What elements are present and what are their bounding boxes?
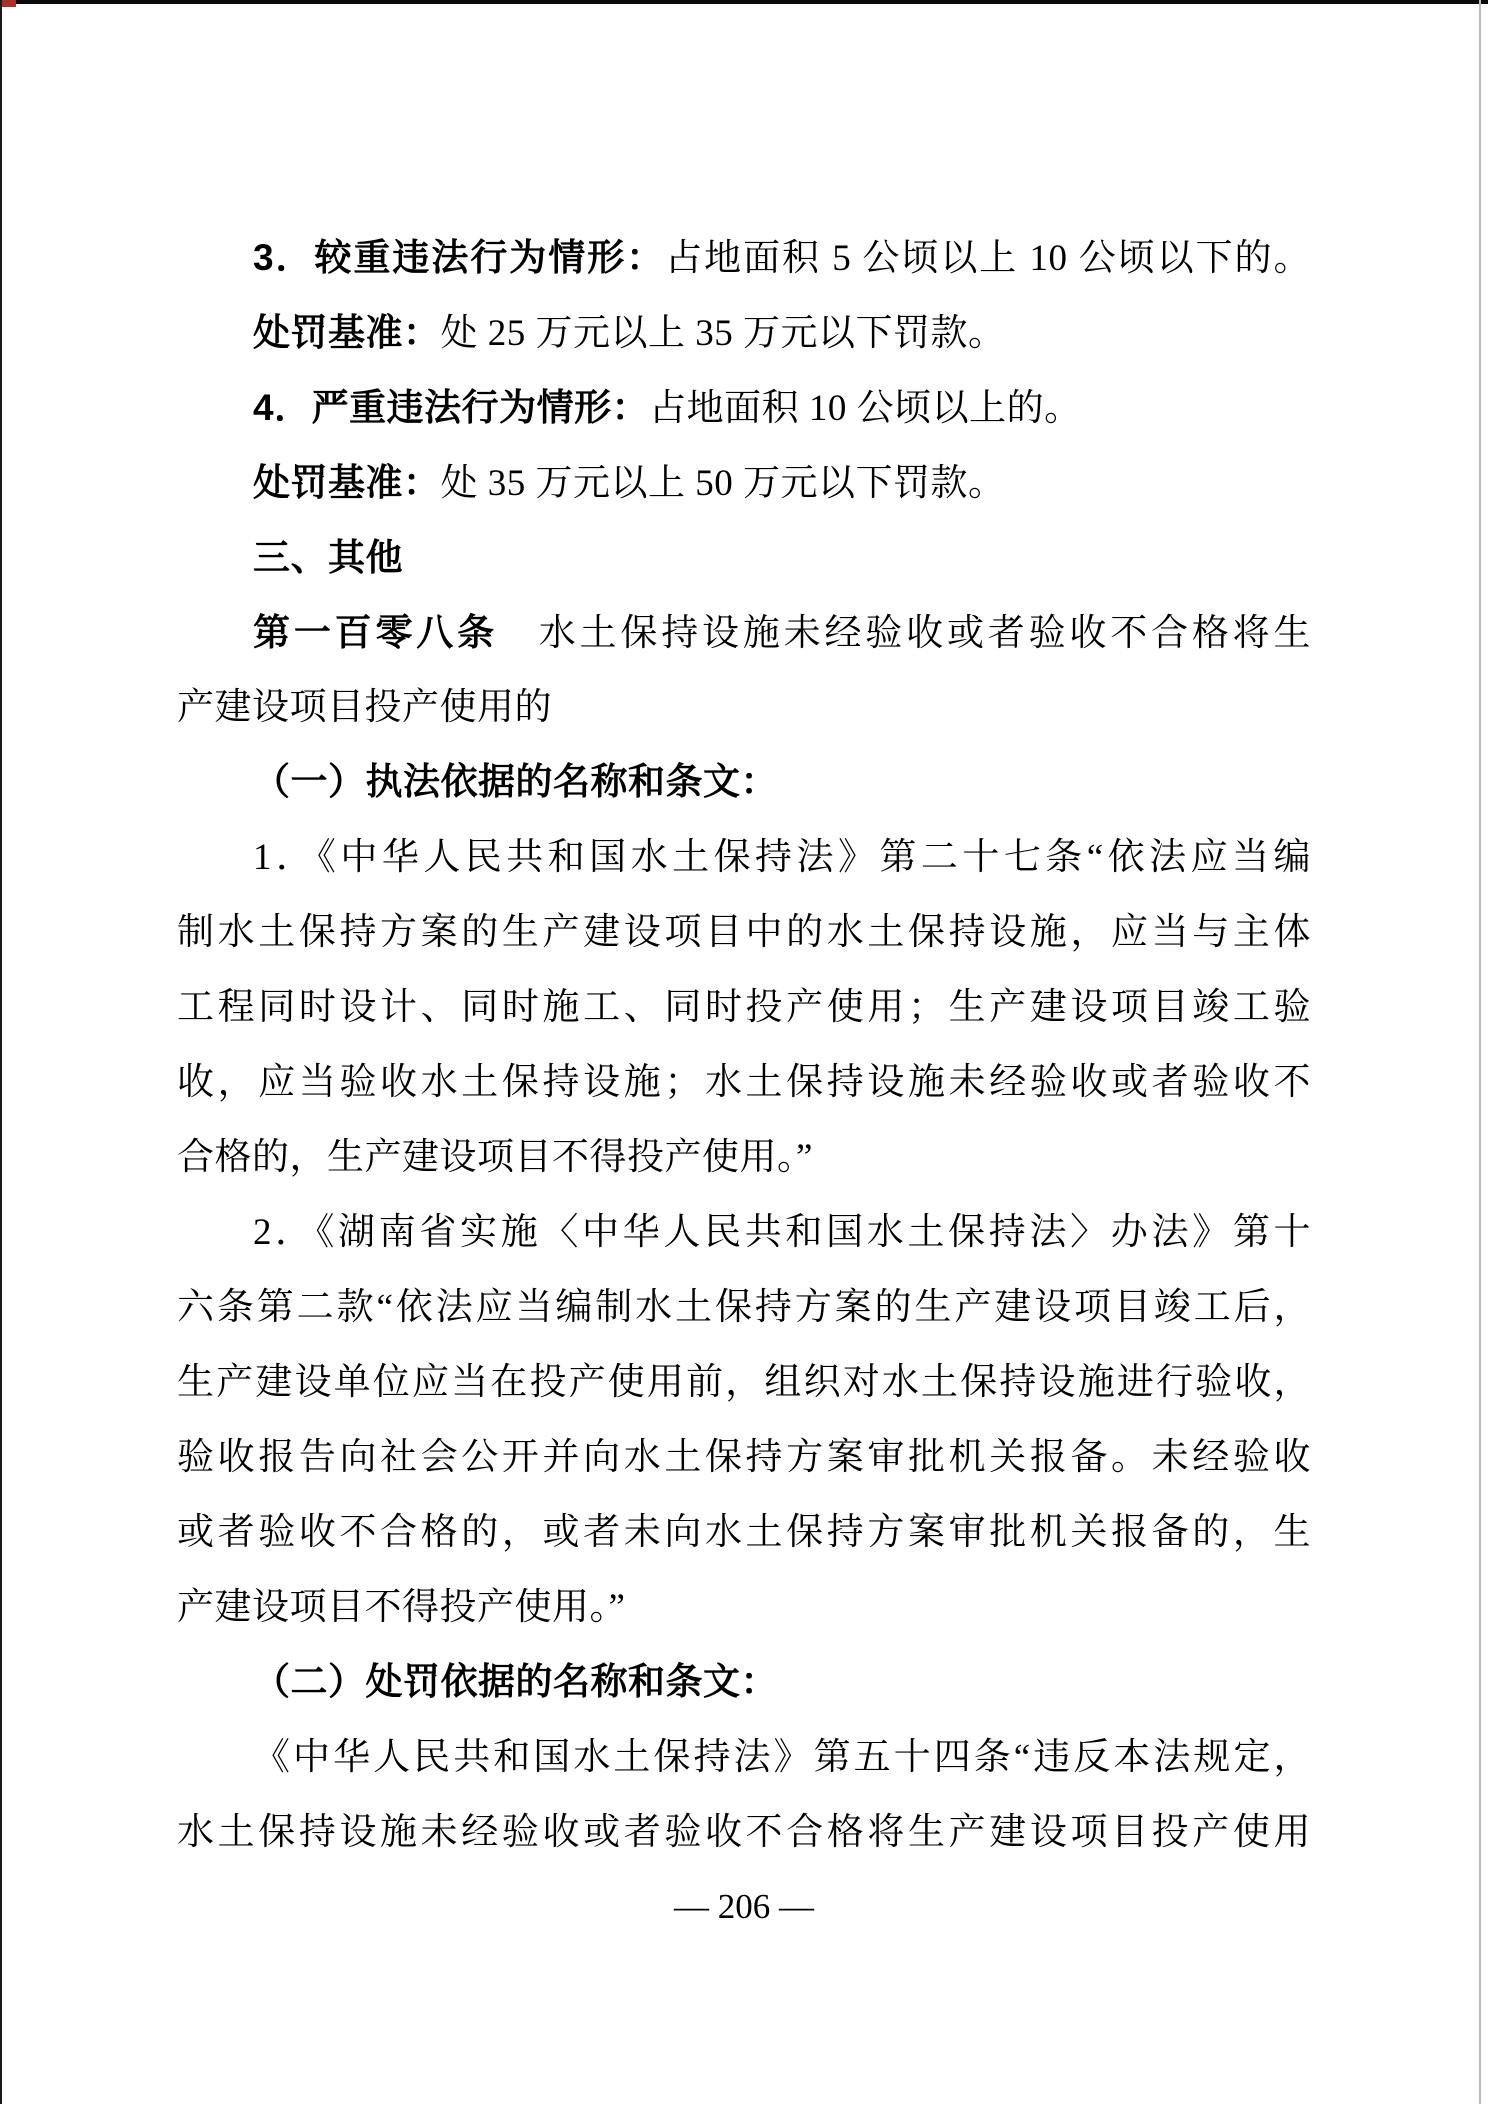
text-segment: 水土保持设施未经验收或者验收不合格将生产建设项目投产使用 — [177, 1812, 1311, 1853]
text-line: 合格的，生产建设项目不得投产使用。” — [177, 1120, 1311, 1195]
text-line: 收，应当验收水土保持设施；水土保持设施未经验收或者验收不 — [177, 1045, 1311, 1120]
text-line: 处罚基准：处 25 万元以上 35 万元以下罚款。 — [177, 295, 1311, 370]
text-line: 三、其他 — [177, 520, 1311, 595]
text-line: 生产建设单位应当在投产使用前，组织对水土保持设施进行验收， — [177, 1345, 1311, 1420]
subheading-label: （一）执法依据的名称和条文： — [253, 762, 778, 803]
text-segment: 处 35 万元以上 50 万元以下罚款。 — [441, 463, 1006, 504]
text-line: 或者验收不合格的，或者未向水土保持方案审批机关报备的，生 — [177, 1495, 1311, 1570]
document-page: 3．较重违法行为情形：占地面积 5 公顷以上 10 公顷以下的。处罚基准：处 2… — [0, 0, 1488, 2104]
text-line: 水土保持设施未经验收或者验收不合格将生产建设项目投产使用 — [177, 1795, 1311, 1870]
text-line: 第一百零八条 水土保持设施未经验收或者验收不合格将生 — [177, 595, 1311, 670]
text-line: 产建设项目投产使用的 — [177, 670, 1311, 745]
text-line: 1．《中华人民共和国水土保持法》第二十七条“依法应当编 — [177, 820, 1311, 895]
text-segment: 制水土保持方案的生产建设项目中的水土保持设施，应当与主体 — [177, 912, 1311, 953]
text-line: 2．《湖南省实施〈中华人民共和国水土保持法〉办法》第十 — [177, 1195, 1311, 1270]
text-line: 3．较重违法行为情形：占地面积 5 公顷以上 10 公顷以下的。 — [177, 220, 1311, 295]
bold-label: 3．较重违法行为情形： — [253, 237, 665, 278]
text-segment: 生产建设单位应当在投产使用前，组织对水土保持设施进行验收， — [177, 1362, 1311, 1403]
text-segment: 处 25 万元以上 35 万元以下罚款。 — [441, 313, 1006, 354]
text-segment: 占地面积 10 公顷以上的。 — [649, 388, 1082, 429]
text-line: （一）执法依据的名称和条文： — [177, 745, 1311, 820]
text-segment: 2．《湖南省实施〈中华人民共和国水土保持法〉办法》第十 — [253, 1212, 1311, 1253]
text-segment: 1．《中华人民共和国水土保持法》第二十七条“依法应当编 — [253, 837, 1311, 878]
text-line: 工程同时设计、同时施工、同时投产使用；生产建设项目竣工验 — [177, 970, 1311, 1045]
text-line: 4．严重违法行为情形：占地面积 10 公顷以上的。 — [177, 370, 1311, 445]
text-segment: 验收报告向社会公开并向水土保持方案审批机关报备。未经验收 — [177, 1437, 1311, 1478]
scan-edge-right — [1479, 0, 1481, 2104]
scan-edge-left — [0, 0, 2, 2104]
text-segment: 占地面积 5 公顷以上 10 公顷以下的。 — [665, 238, 1311, 279]
text-segment: 产建设项目不得投产使用。” — [177, 1587, 625, 1628]
text-line: 产建设项目不得投产使用。” — [177, 1570, 1311, 1645]
text-line: 验收报告向社会公开并向水土保持方案审批机关报备。未经验收 — [177, 1420, 1311, 1495]
scan-corner-mark — [0, 0, 16, 7]
text-segment: 产建设项目投产使用的 — [177, 687, 552, 728]
bold-label: 处罚基准： — [253, 312, 441, 353]
text-segment: 水土保持设施未经验收或者验收不合格将生 — [498, 613, 1311, 654]
text-line: 六条第二款“依法应当编制水土保持方案的生产建设项目竣工后， — [177, 1270, 1311, 1345]
text-segment: 或者验收不合格的，或者未向水土保持方案审批机关报备的，生 — [177, 1512, 1311, 1553]
subheading-label: （二）处罚依据的名称和条文： — [253, 1662, 778, 1703]
text-line: 处罚基准：处 35 万元以上 50 万元以下罚款。 — [177, 445, 1311, 520]
scan-edge-top — [0, 0, 1488, 4]
text-line: （二）处罚依据的名称和条文： — [177, 1645, 1311, 1720]
text-segment: 工程同时设计、同时施工、同时投产使用；生产建设项目竣工验 — [177, 987, 1311, 1028]
bold-label: 4．严重违法行为情形： — [253, 387, 649, 428]
bold-label: 三、其他 — [253, 537, 403, 578]
text-line: 制水土保持方案的生产建设项目中的水土保持设施，应当与主体 — [177, 895, 1311, 970]
bold-label: 处罚基准： — [253, 462, 441, 503]
text-segment: 合格的，生产建设项目不得投产使用。” — [177, 1137, 813, 1178]
text-segment: 《中华人民共和国水土保持法》第五十四条“违反本法规定， — [253, 1737, 1311, 1778]
document-body: 3．较重违法行为情形：占地面积 5 公顷以上 10 公顷以下的。处罚基准：处 2… — [177, 220, 1311, 1870]
bold-label: 第一百零八条 — [253, 612, 498, 653]
text-line: 《中华人民共和国水土保持法》第五十四条“违反本法规定， — [177, 1720, 1311, 1795]
text-segment: 收，应当验收水土保持设施；水土保持设施未经验收或者验收不 — [177, 1062, 1311, 1103]
page-number: — 206 — — [0, 1884, 1488, 1930]
text-segment: 六条第二款“依法应当编制水土保持方案的生产建设项目竣工后， — [177, 1287, 1311, 1328]
